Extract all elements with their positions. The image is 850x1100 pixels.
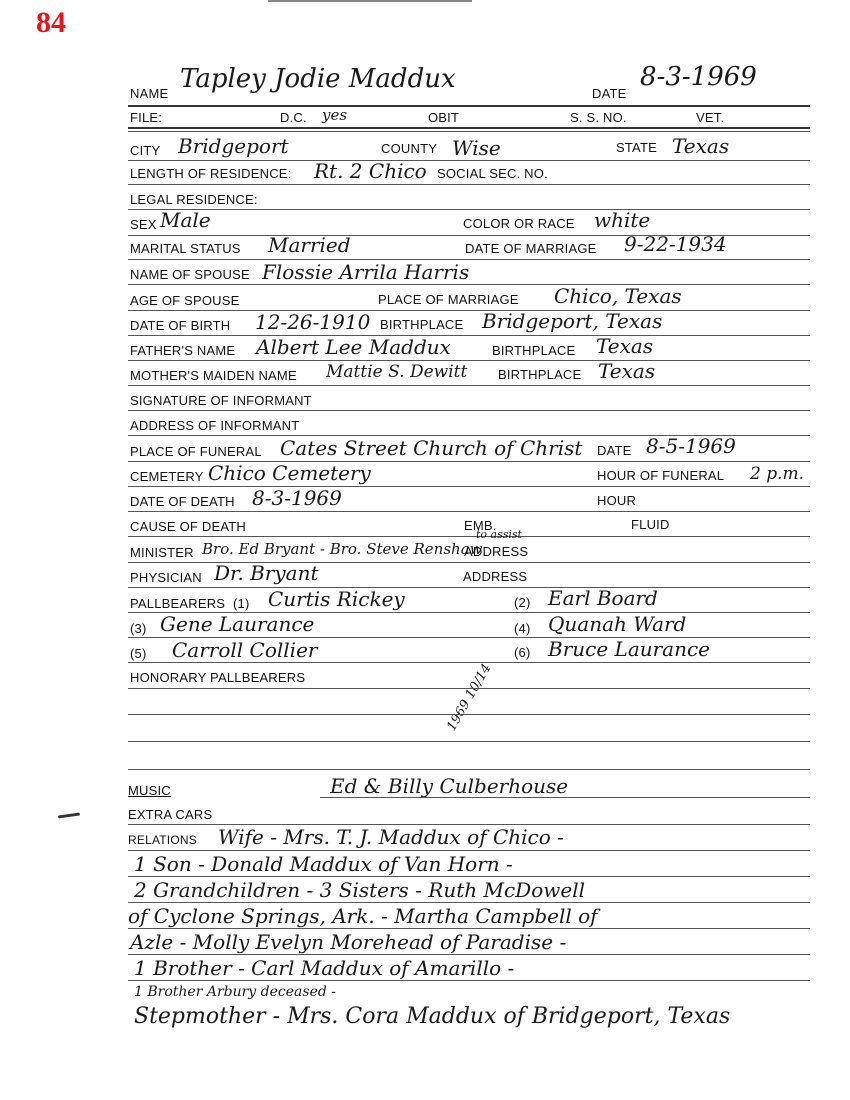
pallbearer-num-5: (5)	[130, 646, 147, 661]
rule	[128, 410, 810, 411]
social-sec-no-label: SOCIAL SEC. NO.	[437, 166, 548, 181]
relations-line-1: Wife - Mrs. T. J. Maddux of Chico -	[218, 825, 564, 849]
ss-no-label: S. S. NO.	[570, 110, 627, 125]
pallbearer-4: Quanah Ward	[548, 612, 686, 636]
rule	[128, 902, 810, 903]
rule	[128, 769, 810, 770]
city-value: Bridgeport	[178, 134, 289, 158]
county-value: Wise	[452, 136, 501, 160]
relations-line-3: 2 Grandchildren - 3 Sisters - Ruth McDow…	[134, 878, 585, 902]
pallbearer-num-2: (2)	[514, 595, 531, 610]
rule	[128, 688, 810, 689]
pallbearer-6: Bruce Laurance	[548, 637, 710, 661]
mother-birthplace-label: BIRTHPLACE	[498, 367, 581, 382]
rule	[128, 335, 810, 336]
relations-line-8: Stepmother - Mrs. Cora Maddux of Bridgep…	[134, 1004, 730, 1029]
obit-label: OBIT	[428, 110, 459, 125]
date-of-marriage-label: DATE OF MARRIAGE	[465, 241, 597, 256]
pallbearers-label: PALLBEARERS	[130, 596, 225, 611]
sex-value: Male	[160, 208, 211, 232]
hour-of-funeral-label: HOUR OF FUNERAL	[597, 468, 724, 483]
minister-note: to assist	[476, 528, 522, 541]
rule	[128, 486, 810, 487]
color-or-race-value: white	[594, 208, 650, 232]
place-of-marriage-value: Chico, Texas	[554, 284, 682, 308]
rule	[128, 741, 810, 742]
physician-address-label: ADDRESS	[463, 569, 527, 584]
fluid-label: FLUID	[631, 517, 670, 532]
music-label: MUSIC	[128, 783, 171, 798]
rule	[320, 797, 810, 798]
pallbearer-num-6: (6)	[514, 645, 531, 660]
color-or-race-label: COLOR OR RACE	[463, 216, 575, 231]
relations-line-7: 1 Brother Arbury deceased -	[134, 984, 336, 1000]
pallbearer-num-3: (3)	[130, 621, 147, 636]
relations-line-5: Azle - Molly Evelyn Morehead of Paradise…	[130, 930, 566, 954]
rule	[128, 184, 810, 185]
rule	[128, 131, 810, 132]
rule	[128, 714, 810, 715]
honorary-pallbearers-label: HONORARY PALLBEARERS	[130, 670, 305, 685]
name-of-spouse-value: Flossie Arrila Harris	[262, 260, 469, 284]
physician-value: Dr. Bryant	[214, 561, 319, 585]
date-value: 8-3-1969	[640, 62, 757, 92]
mothers-maiden-name-value: Mattie S. Dewitt	[326, 362, 467, 382]
vet-label: VET.	[696, 110, 724, 125]
rule	[128, 284, 810, 285]
relations-line-6: 1 Brother - Carl Maddux of Amarillo -	[134, 956, 514, 980]
relations-line-2: 1 Son - Donald Maddux of Van Horn -	[134, 852, 513, 876]
rule	[128, 310, 810, 311]
name-value: Tapley Jodie Maddux	[180, 64, 456, 94]
father-birthplace-value: Texas	[596, 334, 653, 358]
date-label: DATE	[592, 86, 627, 101]
pallbearer-5: Carroll Collier	[172, 638, 317, 662]
mothers-maiden-name-label: MOTHER'S MAIDEN NAME	[130, 368, 297, 383]
address-of-informant-label: ADDRESS OF INFORMANT	[130, 418, 299, 433]
minister-value: Bro. Ed Bryant - Bro. Steve Renshaw	[202, 540, 483, 558]
dc-label: D.C.	[280, 110, 307, 125]
rule	[128, 587, 810, 588]
birthplace-value: Bridgeport, Texas	[482, 309, 662, 333]
fathers-name-value: Albert Lee Maddux	[256, 335, 451, 359]
pallbearer-num-1: (1)	[233, 596, 250, 611]
rule	[128, 160, 810, 161]
rule	[128, 511, 810, 512]
father-birthplace-label: BIRTHPLACE	[492, 343, 575, 358]
funeral-date-value: 8-5-1969	[646, 434, 736, 458]
mother-birthplace-value: Texas	[598, 359, 655, 383]
cemetery-label: CEMETERY	[130, 469, 204, 484]
funeral-record-form: NAME Tapley Jodie Maddux DATE 8-3-1969 F…	[0, 0, 850, 1100]
name-label: NAME	[130, 86, 168, 101]
date-of-death-label: DATE OF DEATH	[130, 494, 235, 509]
date-of-death-value: 8-3-1969	[252, 486, 342, 510]
hour-of-funeral-value: 2 p.m.	[750, 464, 804, 484]
marital-status-label: MARITAL STATUS	[130, 241, 241, 256]
length-of-residence-value: Rt. 2 Chico	[314, 159, 427, 183]
state-value: Texas	[672, 134, 729, 158]
date-of-birth-value: 12-26-1910	[255, 310, 370, 334]
rule	[128, 928, 810, 929]
music-value: Ed & Billy Culberhouse	[330, 774, 568, 798]
relations-label: RELATIONS	[128, 833, 197, 847]
hour-label: HOUR	[597, 493, 636, 508]
place-of-marriage-label: PLACE OF MARRIAGE	[378, 292, 519, 307]
city-label: CITY	[130, 143, 160, 158]
county-label: COUNTY	[381, 141, 437, 156]
date-of-marriage-value: 9-22-1934	[624, 232, 727, 256]
signature-of-informant-label: SIGNATURE OF INFORMANT	[130, 393, 312, 408]
date-of-birth-label: DATE OF BIRTH	[130, 318, 230, 333]
place-of-funeral-label: PLACE OF FUNERAL	[130, 444, 262, 459]
rule	[128, 662, 810, 663]
rule	[128, 127, 810, 129]
physician-label: PHYSICIAN	[130, 570, 202, 585]
legal-residence-label: LEGAL RESIDENCE:	[130, 192, 258, 207]
rule	[128, 850, 810, 851]
file-label: FILE:	[130, 110, 162, 125]
extra-cars-label: EXTRA CARS	[128, 807, 212, 822]
rule	[128, 360, 810, 361]
pallbearer-2: Earl Board	[548, 586, 658, 610]
state-label: STATE	[616, 140, 657, 155]
rule	[128, 876, 810, 877]
rule	[128, 954, 810, 955]
honorary-pallbearers-note: 1969 10/14	[444, 661, 494, 733]
rule	[128, 105, 810, 107]
rule	[128, 536, 810, 537]
length-of-residence-label: LENGTH OF RESIDENCE:	[130, 166, 291, 181]
relations-line-4: of Cyclone Springs, Ark. - Martha Campbe…	[128, 904, 598, 928]
birthplace-label: BIRTHPLACE	[380, 317, 463, 332]
rule	[128, 209, 810, 210]
stray-mark	[58, 812, 80, 818]
age-of-spouse-label: AGE OF SPOUSE	[130, 293, 240, 308]
minister-label: MINISTER	[130, 545, 194, 560]
funeral-date-label: DATE	[597, 443, 632, 458]
minister-address-label: ADDRESS	[464, 544, 528, 559]
pallbearer-3: Gene Laurance	[160, 612, 314, 636]
cause-of-death-label: CAUSE OF DEATH	[130, 519, 246, 534]
dc-value: yes	[322, 106, 347, 124]
rule	[128, 980, 810, 981]
place-of-funeral-value: Cates Street Church of Christ	[280, 436, 582, 460]
sex-label: SEX	[130, 217, 157, 232]
cemetery-value: Chico Cemetery	[208, 461, 371, 485]
name-of-spouse-label: NAME OF SPOUSE	[130, 267, 250, 282]
marital-status-value: Married	[268, 233, 351, 257]
rule	[128, 385, 810, 386]
pallbearer-1: Curtis Rickey	[268, 587, 405, 611]
fathers-name-label: FATHER'S NAME	[130, 343, 235, 358]
pallbearer-num-4: (4)	[514, 621, 531, 636]
